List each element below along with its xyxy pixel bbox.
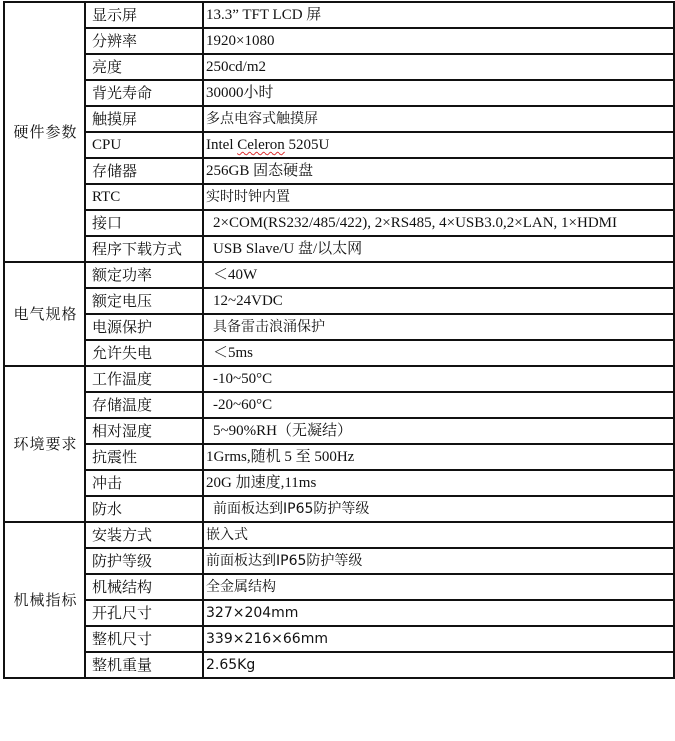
table-row: 允许失电 ＜5ms	[4, 340, 674, 366]
row-label: 额定电压	[85, 288, 203, 314]
row-label: 分辨率	[85, 28, 203, 54]
row-label: CPU	[85, 132, 203, 158]
table-row: 开孔尺寸 327×204mm	[4, 600, 674, 626]
table-row: 冲击 20G 加速度,11ms	[4, 470, 674, 496]
table-row: 抗震性 1Grms,随机 5 至 500Hz	[4, 444, 674, 470]
row-value: -20~60°C	[203, 392, 674, 418]
row-label: 冲击	[85, 470, 203, 496]
table-row: 存储器 256GB 固态硬盘	[4, 158, 674, 184]
row-value: 250cd/m2	[203, 54, 674, 80]
group-electrical: 电气规格	[4, 262, 85, 366]
table-row: 接口 2×COM(RS232/485/422), 2×RS485, 4×USB3…	[4, 210, 674, 236]
row-value: ＜5ms	[203, 340, 674, 366]
table-row: 相对湿度 5~90%RH（无凝结）	[4, 418, 674, 444]
cpu-model: 5205U	[285, 137, 330, 153]
row-label: 额定功率	[85, 262, 203, 288]
row-label: 整机尺寸	[85, 626, 203, 652]
row-label: 工作温度	[85, 366, 203, 392]
row-label: 整机重量	[85, 652, 203, 678]
table-row: 环境要求 工作温度 -10~50°C	[4, 366, 674, 392]
row-label: 开孔尺寸	[85, 600, 203, 626]
row-value: -10~50°C	[203, 366, 674, 392]
row-label: RTC	[85, 184, 203, 210]
row-value: 嵌入式	[203, 522, 674, 548]
row-label: 机械结构	[85, 574, 203, 600]
row-label: 接口	[85, 210, 203, 236]
row-label: 背光寿命	[85, 80, 203, 106]
row-value: USB Slave/U 盘/以太网	[203, 236, 674, 262]
row-value: 实时时钟内置	[203, 184, 674, 210]
row-label: 安装方式	[85, 522, 203, 548]
table-row: 亮度 250cd/m2	[4, 54, 674, 80]
spellcheck-word: Celeron	[237, 137, 284, 153]
table-row: 程序下载方式 USB Slave/U 盘/以太网	[4, 236, 674, 262]
row-value: 2.65Kg	[203, 652, 674, 678]
row-label: 存储器	[85, 158, 203, 184]
row-label: 相对湿度	[85, 418, 203, 444]
row-label: 抗震性	[85, 444, 203, 470]
row-value: 前面板达到IP65防护等级	[203, 548, 674, 574]
table-row: 整机尺寸 339×216×66mm	[4, 626, 674, 652]
table-row: 分辨率 1920×1080	[4, 28, 674, 54]
row-value: 1Grms,随机 5 至 500Hz	[203, 444, 674, 470]
row-value: 具备雷击浪涌保护	[203, 314, 674, 340]
row-value: 前面板达到IP65防护等级	[203, 496, 674, 522]
table-row: 机械指标 安装方式 嵌入式	[4, 522, 674, 548]
row-value: 多点电容式触摸屏	[203, 106, 674, 132]
row-label: 防护等级	[85, 548, 203, 574]
table-row: 硬件参数 显示屏 13.3” TFT LCD 屏	[4, 2, 674, 28]
table-row: 额定电压 12~24VDC	[4, 288, 674, 314]
table-row: 防水 前面板达到IP65防护等级	[4, 496, 674, 522]
table-row: CPU Intel Celeron 5205U	[4, 132, 674, 158]
row-value: 327×204mm	[203, 600, 674, 626]
row-value: 12~24VDC	[203, 288, 674, 314]
row-label: 防水	[85, 496, 203, 522]
row-value: 13.3” TFT LCD 屏	[203, 2, 674, 28]
row-value: 339×216×66mm	[203, 626, 674, 652]
row-value: Intel Celeron 5205U	[203, 132, 674, 158]
row-label: 亮度	[85, 54, 203, 80]
row-value: 2×COM(RS232/485/422), 2×RS485, 4×USB3.0,…	[203, 210, 674, 236]
row-value: ＜40W	[203, 262, 674, 288]
table-row: 背光寿命 30000小时	[4, 80, 674, 106]
table-row: 存储温度 -20~60°C	[4, 392, 674, 418]
row-label: 允许失电	[85, 340, 203, 366]
cpu-brand: Intel	[206, 137, 237, 153]
row-label: 触摸屏	[85, 106, 203, 132]
row-value: 20G 加速度,11ms	[203, 470, 674, 496]
row-value: 256GB 固态硬盘	[203, 158, 674, 184]
spec-table: 硬件参数 显示屏 13.3” TFT LCD 屏 分辨率 1920×1080 亮…	[3, 1, 675, 679]
group-hardware: 硬件参数	[4, 2, 85, 262]
table-row: RTC 实时时钟内置	[4, 184, 674, 210]
row-label: 显示屏	[85, 2, 203, 28]
row-label: 程序下载方式	[85, 236, 203, 262]
row-value: 5~90%RH（无凝结）	[203, 418, 674, 444]
group-environment: 环境要求	[4, 366, 85, 522]
row-value: 1920×1080	[203, 28, 674, 54]
row-label: 电源保护	[85, 314, 203, 340]
table-row: 电气规格 额定功率 ＜40W	[4, 262, 674, 288]
row-label: 存储温度	[85, 392, 203, 418]
table-row: 防护等级 前面板达到IP65防护等级	[4, 548, 674, 574]
group-mechanical: 机械指标	[4, 522, 85, 678]
table-row: 整机重量 2.65Kg	[4, 652, 674, 678]
row-value: 全金属结构	[203, 574, 674, 600]
row-value: 30000小时	[203, 80, 674, 106]
table-row: 触摸屏 多点电容式触摸屏	[4, 106, 674, 132]
table-row: 机械结构 全金属结构	[4, 574, 674, 600]
table-row: 电源保护 具备雷击浪涌保护	[4, 314, 674, 340]
